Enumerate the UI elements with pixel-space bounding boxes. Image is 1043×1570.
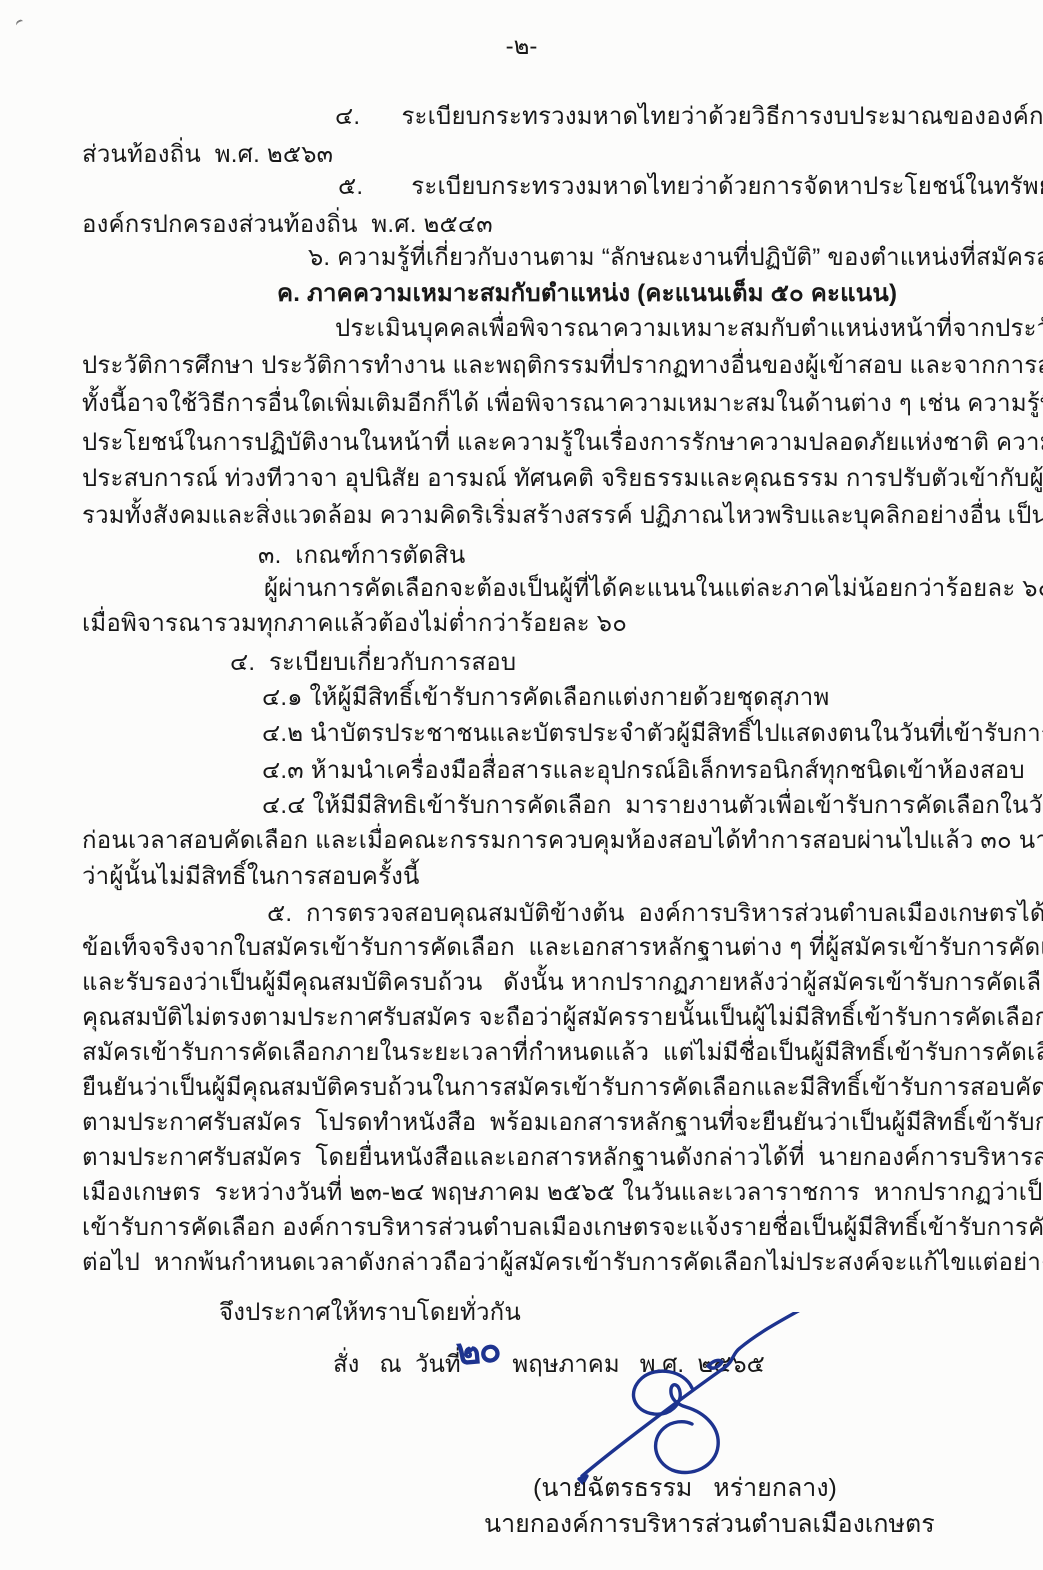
document-line: องค์กรปกครองส่วนท้องถิ่น พ.ศ. ๒๕๔๓ <box>82 208 493 242</box>
document-page: -๒- ๔. ระเบียบกระทรวงมหาดไทยว่าด้วยวิธีก… <box>0 0 1043 1570</box>
document-line: ตามประกาศรับสมัคร โปรดทำหนังสือ พร้อมเอก… <box>82 1106 1043 1140</box>
order-date-prefix: สั่ง ณ วันที่ <box>333 1351 461 1378</box>
document-line: เมืองเกษตร ระหว่างวันที่ ๒๓-๒๔ พฤษภาคม ๒… <box>82 1176 1043 1210</box>
document-line: ๕. การตรวจสอบคุณสมบัติข้างต้น องค์การบริ… <box>267 897 1043 931</box>
document-line: เมื่อพิจารณารวมทุกภาคแล้วต้องไม่ต่ำกว่าร… <box>82 607 627 641</box>
document-line: ประโยชน์ในการปฏิบัติงานในหน้าที่ และความ… <box>82 426 1043 460</box>
document-line: ข้อเท็จจริงจากใบสมัครเข้ารับการคัดเลือก … <box>82 931 1043 965</box>
document-line: ประเมินบุคคลเพื่อพิจารณาความเหมาะสมกับตำ… <box>335 312 1043 346</box>
document-line: เข้ารับการคัดเลือก องค์การบริหารส่วนตำบล… <box>82 1211 1043 1245</box>
document-line: ยืนยันว่าเป็นผู้มีคุณสมบัติครบถ้วนในการส… <box>82 1071 1043 1105</box>
document-line: ๓. เกณฑ์การตัดสิน <box>258 539 465 573</box>
signer-name: (นายฉัตรธรรม หร่ายกลาง) <box>533 1468 837 1508</box>
document-line: ประวัติการศึกษา ประวัติการทำงาน และพฤติก… <box>82 349 1043 383</box>
document-line: ๖. ความรู้ที่เกี่ยวกับงานตาม “ลักษณะงานท… <box>308 241 1043 275</box>
document-line: รวมทั้งสังคมและสิ่งแวดล้อม ความคิดริเริ่… <box>82 499 1043 533</box>
handwritten-day: ๒๐ <box>453 1319 501 1382</box>
document-line: ทั้งนี้อาจใช้วิธีการอื่นใดเพิ่มเติมอีกก็… <box>82 387 1043 421</box>
document-line: คุณสมบัติไม่ตรงตามประกาศรับสมัคร จะถือว่… <box>82 1001 1043 1035</box>
document-line: ผู้ผ่านการคัดเลือกจะต้องเป็นผู้ที่ได้คะแ… <box>264 572 1043 606</box>
document-line: ๔. ระเบียบกระทรวงมหาดไทยว่าด้วยวิธีการงบ… <box>335 100 1043 134</box>
document-line: ๕. ระเบียบกระทรวงมหาดไทยว่าด้วยการจัดหาป… <box>338 170 1043 204</box>
document-line: ๔.๒ นำบัตรประชาชนและบัตรประจำตัวผู้มีสิท… <box>262 717 1043 751</box>
signature <box>572 1312 808 1488</box>
document-line: ๔.๑ ให้ผู้มีสิทธิ์เข้ารับการคัดเลือกแต่ง… <box>262 681 830 715</box>
document-line: และรับรองว่าเป็นผู้มีคุณสมบัติครบถ้วน ดั… <box>82 966 1043 1000</box>
document-line: ส่วนท้องถิ่น พ.ศ. ๒๕๖๓ <box>82 138 333 172</box>
document-line: ประสบการณ์ ท่วงทีวาจา อุปนิสัย อารมณ์ ทั… <box>82 462 1043 496</box>
document-line: ตามประกาศรับสมัคร โดยยื่นหนังสือและเอกสา… <box>82 1141 1043 1175</box>
document-line: ๔.๔ ให้มีมีสิทธิเข้ารับการคัดเลือก มาราย… <box>262 789 1043 823</box>
document-line: ว่าผู้นั้นไม่มีสิทธิ์ในการสอบครั้งนี้ <box>82 860 420 894</box>
section-heading: ค. ภาคความเหมาะสมกับตำแหน่ง (คะแนนเต็ม ๕… <box>277 277 897 311</box>
document-line: ๔.๓ ห้ามนำเครื่องมือสื่อสารและอุปกรณ์อิเ… <box>262 754 1025 788</box>
document-line: ต่อไป หากพ้นกำหนดเวลาดังกล่าวถือว่าผู้สม… <box>82 1246 1043 1280</box>
page-number: -๒- <box>0 26 1043 65</box>
signer-title: นายกองค์การบริหารส่วนตำบลเมืองเกษตร <box>484 1504 935 1544</box>
document-line: สมัครเข้ารับการคัดเลือกภายในระยะเวลาที่ก… <box>82 1036 1043 1070</box>
document-line: ก่อนเวลาสอบคัดเลือก และเมื่อคณะกรรมการคว… <box>82 824 1043 858</box>
document-line: ๔. ระเบียบเกี่ยวกับการสอบ <box>230 646 516 680</box>
